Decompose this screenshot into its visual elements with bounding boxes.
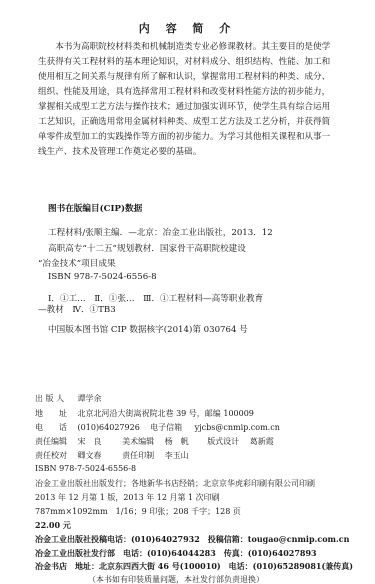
colophon-notice: （本书如有印装质量问题，本社发行部负责退换） [88, 574, 264, 584]
summary-line: 组织、性能及用途，具有选择常用工程材料和改变材料性能方法的初步能力， [38, 85, 330, 97]
summary-line: 线生产、技术及管理工作奠定必要的基础。 [38, 145, 201, 157]
cip-line: 工程材料/张顺主编．—北京：冶金工业出版社，2013．12 [48, 226, 273, 238]
label: 电 话 [35, 422, 75, 433]
value: (010)64027926 [78, 423, 148, 432]
label: 版式设计 [207, 436, 247, 447]
value: 卿文春 [78, 450, 120, 461]
colophon-row-phone: 电 话 (010)64027926 电子信箱 yjcbs@cnmip.com.c… [35, 422, 280, 433]
label: 责任印制 [122, 450, 162, 461]
colophon-distribution: 冶金工业出版社出版发行；各地新华书店经销；北京京华虎彩印刷有限公司印刷 [35, 478, 315, 489]
label: 责任校对 [35, 450, 75, 461]
colophon-price: 22.00 元 [35, 520, 71, 531]
email-value: yjcbs@cnmip.com.cn [195, 423, 280, 432]
colophon-format: 787mm×1092mm 1/16；9 印张；208 千字；128 页 [35, 506, 241, 517]
label: 地 址 [35, 408, 75, 419]
colophon-contact: 冶金书店 地址：北京东四西大街 46 号(100010) 电话：(010)652… [35, 561, 353, 572]
value: 杨 帆 [165, 436, 205, 447]
colophon-row-proof: 责任校对 卿文春 责任印制 李玉山 [35, 450, 189, 461]
value: 宋 良 [78, 436, 120, 447]
value: 谭学余 [78, 394, 102, 403]
email-label: 电子信箱 [150, 422, 192, 433]
summary-line: 工艺知识，正确选用常用金属材料种类、成型工艺方法及工艺分析，并获得简 [38, 115, 330, 127]
summary-line: 掌握相关成型工艺方法与操作技术；通过加强实训环节，使学生具有综合运用 [38, 100, 330, 112]
colophon-row-publisher: 出 版 人 谭学余 [35, 393, 102, 404]
label: 责任编辑 [35, 436, 75, 447]
value: 李玉山 [165, 451, 189, 460]
cip-line: “冶金技术”项目成果 [38, 257, 116, 269]
summary-line: 使用相互之间关系与规律有所了解和认识，掌握常用工程材料的种类、成分、 [38, 70, 330, 82]
colophon-row-address: 地 址 北京北河沿大街嵩祝院北巷 39 号，邮编 100009 [35, 408, 254, 419]
colophon-row-editors: 责任编辑 宋 良 美术编辑 杨 帆 版式设计 葛新霞 [35, 436, 274, 447]
summary-title: 内 容 简 介 [0, 20, 375, 36]
colophon-isbn: ISBN 978-7-5024-6556-8 [35, 464, 136, 473]
value: 葛新霞 [250, 437, 274, 446]
colophon-contact: 冶金工业出版社发行部 电话：(010)64044283 传真：(010)6402… [35, 548, 317, 559]
label: 美术编辑 [122, 436, 162, 447]
cip-line: 高职高专“十二五”规划教材．国家骨干高职院校建设 [48, 242, 246, 254]
colophon-edition: 2013 年 12 月第 1 版，2013 年 12 月第 1 次印刷 [35, 492, 220, 503]
summary-line: 生获得有关工程材料的基本理论知识，对材料成分、组织结构、性能、加工和 [38, 55, 330, 67]
colophon-contact: 冶金工业出版社投稿电话：(010)64027932 投稿信箱：tougao@cn… [35, 534, 349, 545]
cip-heading: 图书在版编目(CIP)数据 [48, 202, 142, 214]
cip-line: ISBN 978-7-5024-6556-8 [48, 272, 157, 282]
label: 出 版 人 [35, 393, 75, 404]
value: 北京北河沿大街嵩祝院北巷 39 号，邮编 100009 [78, 409, 254, 418]
summary-line: 本书为高职院校材料类和机械制造类专业必修课教材。其主要目的是使学 [38, 40, 330, 52]
cip-number-line: 中国版本图书馆 CIP 数据核字(2014)第 030764 号 [48, 323, 248, 335]
cip-line: —教材 Ⅳ．①TB3 [38, 303, 116, 315]
summary-line: 单零件成型加工的实践操作等方面的初步能力。为学习其他相关课程和从事一 [38, 130, 330, 142]
